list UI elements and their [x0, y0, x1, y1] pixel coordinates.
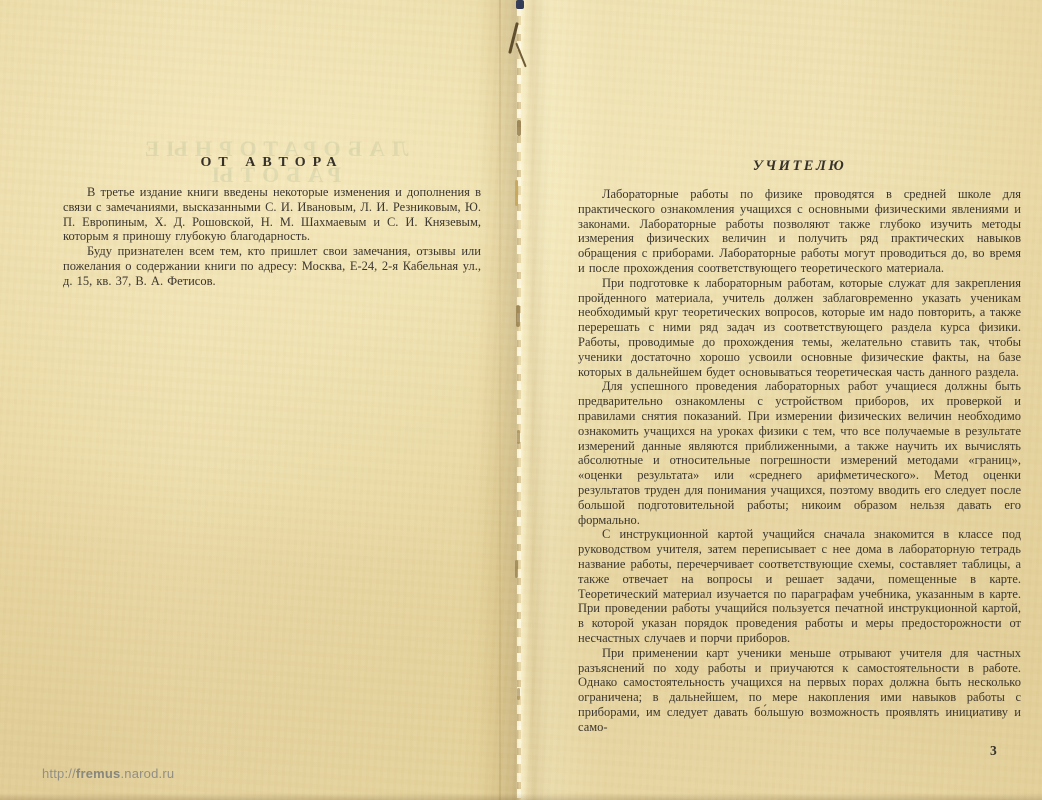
paragraph: С инструкционной картой учащийся сначала…: [578, 527, 1021, 645]
paragraph: Лабораторные работы по физике проводятся…: [578, 187, 1021, 276]
binding-stitch: [515, 560, 518, 578]
watermark-site: fremus: [76, 766, 121, 781]
binding-stitch: [515, 180, 518, 206]
left-page: ОТ АВТОРА В третье издание книги введены…: [63, 155, 481, 289]
page-bottom-edge-shadow: [0, 793, 1042, 800]
binding-thread-mark: [516, 0, 524, 9]
binding-stitch: [517, 688, 520, 700]
paragraph: При применении карт ученики меньше отрыв…: [578, 646, 1021, 735]
book-gutter: [478, 0, 550, 800]
binding-stitch: [517, 430, 520, 444]
left-page-title: ОТ АВТОРА: [63, 155, 481, 171]
book-scan: ЛАБОРАТОРНЫЕ РАБОТЫ ОТ АВТОРА В третье и…: [0, 0, 1042, 800]
watermark-prefix: http://: [42, 766, 76, 781]
right-page-title: УЧИТЕЛЮ: [578, 158, 1021, 175]
paragraph: Для успешного проведения лабораторных ра…: [578, 379, 1021, 527]
watermark: http://fremus.narod.ru: [42, 766, 174, 781]
paragraph: В третье издание книги введены некоторые…: [63, 185, 481, 244]
binding-stitch: [516, 305, 520, 327]
watermark-suffix: .narod.ru: [120, 766, 174, 781]
binding-stitch: [517, 120, 521, 136]
page-number: 3: [990, 743, 997, 759]
paragraph: Буду признателен всем тем, кто пришлет с…: [63, 244, 481, 288]
gutter-fold-line: [499, 0, 501, 800]
right-page: УЧИТЕЛЮ Лабораторные работы по физике пр…: [578, 158, 1021, 734]
paragraph: При подготовке к лабораторным работам, к…: [578, 276, 1021, 380]
